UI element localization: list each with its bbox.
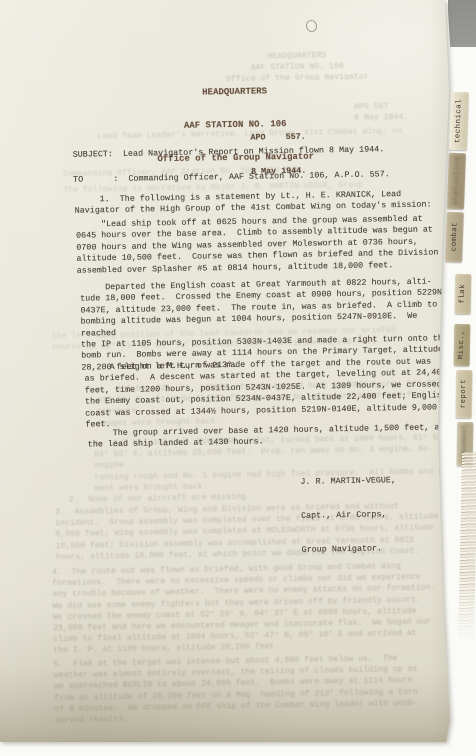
punch-hole [305,19,319,33]
signature-name: J. R. MARTIN-VEGUE, [300,475,396,488]
apo-date-block: APO 557. 8 May 1944. [250,109,307,201]
letterhead: HEADQUARTERS AAF STATION NO. 106 Office … [128,63,342,188]
bleed-through-text: b. A/C No. 192, Lt. SULLIVAN, Pilot, tur… [94,432,475,495]
signature-rank: Capt., Air Corps, [301,509,397,522]
index-tab-label: statistics [452,156,462,205]
bleed-through-text: HEADQUARTERS AAF STATION NO. 106 Office … [197,49,398,86]
paper-sheet-wrap: HEADQUARTERS AAF STATION NO. 106 Office … [0,0,476,756]
index-tab-label: technical [454,99,464,143]
index-tab-technical: technical [449,92,469,151]
bleed-through-text: APO 557 8 May 1944. [354,101,408,124]
index-tab-misc: Misc., [454,324,471,366]
bleed-through-text: Lead Team Leader's Narrative, Lead Group… [97,126,402,143]
paragraph-1: 1. The following is a statement by Lt., … [74,188,446,217]
bleed-through-text: 3. Assemblies of Group, Wing and Divisio… [55,500,464,563]
bleed-through-text: a. A/C No. 125, Lt. LADUCA, Pilot, turne… [97,378,468,429]
subject-line: SUBJECT: Lead Navigator's Report on Miss… [73,144,385,161]
apo-line: APO 557. [250,131,305,143]
index-tab-label: Misc., [458,330,467,360]
scanned-document-photo: HEADQUARTERS AAF STATION NO. 106 Office … [0,0,476,756]
paragraph-5: The group arrived over base at 1420 hour… [87,422,465,451]
signature-title: Group Navigator. [302,543,398,556]
index-tab-label: combat [450,222,459,252]
letterhead-line-1: HEADQUARTERS [129,85,341,100]
bleed-through-text: 4. The route out was flown as briefed, w… [52,560,466,657]
page-stack-edge [458,452,476,642]
letterhead-line-3: Office of the Group Navigator [130,151,342,166]
paragraph-2: "Lead ship took off at 0625 hours and th… [76,213,451,277]
bleed-through-text: 5. Flak at the target was intense but ab… [54,652,467,726]
index-tab-statistics: statistics [447,153,466,210]
bleed-through-text: Commanding Officer, AAF Station No. 106,… [63,165,304,180]
bleed-through-text: the left wing position of the lead squad… [52,324,452,353]
signature-block: J. R. MARTIN-VEGUE, Capt., Air Corps, Gr… [300,452,398,579]
document-page: HEADQUARTERS AAF STATION NO. 106 Office … [0,0,462,742]
bleed-through-text: 2. None of our aircraft are missing. [69,492,251,506]
bleed-through-layer: HEADQUARTERS AAF STATION NO. 106 Office … [0,0,475,742]
paragraph-3: Departed the English coast at Great Yarm… [80,276,458,374]
index-tab-combat: combat [445,212,464,263]
date-line: 8 May 1944. [251,166,306,178]
typed-content: HEADQUARTERS AAF STATION NO. 106 Office … [0,0,475,742]
index-tab-flak: flak [455,274,472,314]
index-tab-report: report [456,370,473,418]
to-line: TO : Commanding Officer, AAF Station No.… [73,169,390,186]
index-tab-label: report [460,379,469,409]
letterhead-line-2: AAF STATION NO. 106 [129,118,341,133]
bleed-through-text: The following is Narrative by Major J. R… [63,180,363,196]
paragraph-4: A slight left turn was made off the targ… [84,356,461,431]
index-tab-label: flak [459,284,467,304]
